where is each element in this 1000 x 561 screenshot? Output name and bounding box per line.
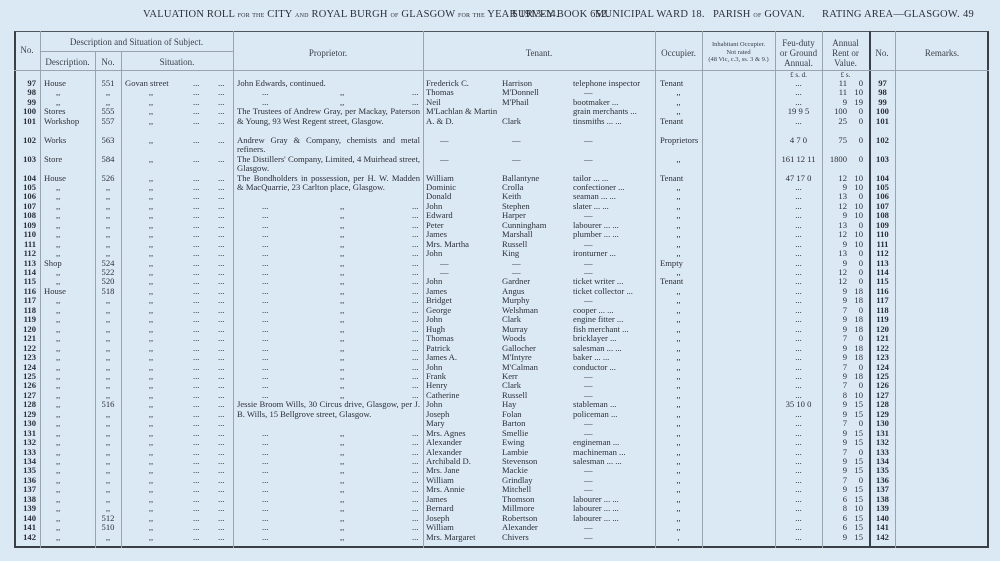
row-proprietor-ditto: ... bbox=[262, 533, 268, 542]
parish: PARISH of GOVAN. bbox=[713, 9, 805, 20]
row-feu-duty: 4 7 0 bbox=[775, 136, 822, 145]
row-situation-dots: ... bbox=[218, 136, 224, 145]
row-rent-shillings: 0 bbox=[847, 155, 863, 164]
row-number: 102 bbox=[14, 136, 36, 145]
row-occupier: ,, bbox=[655, 155, 702, 164]
row-tenant-first: Mrs. Margaret bbox=[426, 533, 475, 542]
header-subrule bbox=[40, 51, 233, 52]
title-roll: VALUATION ROLL bbox=[143, 9, 235, 20]
row-description: House bbox=[44, 287, 66, 296]
proprietor-entry: The Distillers' Company, Limited, 4 Muir… bbox=[237, 155, 420, 174]
title-conj: of bbox=[391, 9, 399, 19]
row-situation-dots: ... bbox=[218, 117, 224, 126]
row-rent-shillings: 0 bbox=[847, 136, 863, 145]
row-occupation: ironturner ... bbox=[573, 249, 616, 258]
row-tenant-last: Clark bbox=[502, 117, 521, 126]
col-header-no: No. bbox=[14, 45, 40, 55]
col-header-situation: Situation. bbox=[121, 57, 233, 67]
col-header-tenant: Tenant. bbox=[423, 48, 655, 58]
row-subject-no: ,, bbox=[95, 533, 121, 542]
row-occupation: plumber ... ... bbox=[573, 230, 619, 239]
row-occupation: conductor ... bbox=[573, 363, 616, 372]
title-burgh: ROYAL BURGH bbox=[311, 9, 387, 20]
row-occupation: tinsmiths ... ... bbox=[573, 117, 622, 126]
col-header-subject-no: No. bbox=[95, 57, 121, 67]
row-rent-pounds: 25 bbox=[822, 117, 847, 126]
title-conj: for the bbox=[458, 9, 485, 19]
row-situation: Govan street bbox=[125, 79, 169, 88]
row-feu-duty: ... bbox=[775, 117, 822, 126]
row-tenant-first: — bbox=[440, 155, 449, 164]
row-situation-dots: ... bbox=[218, 155, 224, 164]
row-rent-shillings: 15 bbox=[847, 533, 863, 542]
row-rent-pounds: 9 bbox=[822, 533, 847, 542]
title-glasgow: GLASGOW bbox=[401, 9, 455, 20]
col-header-remarks: Remarks. bbox=[895, 48, 989, 58]
col-divider bbox=[702, 31, 703, 548]
row-situation: ,, bbox=[121, 533, 181, 542]
row-subject-no: 557 bbox=[95, 117, 121, 126]
row-situation: ,, bbox=[121, 155, 181, 164]
row-number: 142 bbox=[14, 533, 36, 542]
row-tenant-last: Chivers bbox=[502, 533, 529, 542]
row-description: Store bbox=[44, 155, 62, 164]
title-conj: and bbox=[295, 9, 309, 19]
col-header-occupier: Occupier. bbox=[655, 48, 702, 58]
row-tenant-last: — bbox=[512, 136, 521, 145]
row-occupier: , bbox=[655, 533, 702, 542]
row-occupation: salesman ... ... bbox=[573, 457, 622, 466]
row-number-right: 142 bbox=[870, 533, 895, 542]
row-tenant-last: M'Phail bbox=[502, 98, 529, 107]
rating-area: RATING AREA—GLASGOW. bbox=[822, 9, 960, 20]
title-city: CITY bbox=[267, 9, 292, 20]
col-divider bbox=[233, 31, 234, 548]
row-proprietor-ditto: ,, bbox=[340, 533, 344, 542]
col-header-description: Description. bbox=[40, 57, 95, 67]
proprietor-entry: John Edwards, continued. bbox=[237, 79, 420, 88]
row-number: 103 bbox=[14, 155, 36, 164]
proprietor-entry: The Trustees of Andrew Gray, per Mackay,… bbox=[237, 107, 420, 126]
row-rent-pounds: 75 bbox=[822, 136, 847, 145]
row-situation-dots: ... bbox=[218, 533, 224, 542]
col-header-no-right: No. bbox=[869, 48, 895, 58]
row-description: House bbox=[44, 79, 66, 88]
row-number: 101 bbox=[14, 117, 36, 126]
row-occupation: labourer ... ... bbox=[573, 514, 619, 523]
row-occupation: ticket collector ... bbox=[573, 287, 633, 296]
row-feu-duty: 161 12 11 bbox=[775, 155, 822, 164]
title-conj: for the bbox=[238, 9, 265, 19]
row-number-right: 101 bbox=[870, 117, 895, 126]
col-divider bbox=[40, 31, 41, 548]
row-situation-dots: ... bbox=[193, 533, 199, 542]
row-occupier: Proprietors bbox=[660, 136, 698, 145]
col-header-feu-duty: Feu-duty or Ground Annual. bbox=[775, 38, 822, 68]
row-description: House bbox=[44, 174, 66, 183]
proprietor-entry: Jessie Broom Wills, 30 Circus drive, Gla… bbox=[237, 400, 420, 419]
row-situation: ,, bbox=[121, 136, 181, 145]
row-subject-no: 563 bbox=[95, 136, 121, 145]
col-header-desc-group: Description and Situation of Subject. bbox=[40, 37, 233, 47]
row-tenant-first: A. & D. bbox=[426, 117, 454, 126]
row-description: Workshop bbox=[44, 117, 79, 126]
row-situation-dots: ... bbox=[193, 117, 199, 126]
col-divider bbox=[423, 31, 424, 548]
proprietor-entry: The Bondholders in possession, per H. W.… bbox=[237, 174, 420, 193]
row-rent-pounds: 1800 bbox=[822, 155, 847, 164]
row-number-right: 103 bbox=[870, 155, 895, 164]
row-description: Works bbox=[44, 136, 66, 145]
page-title: VALUATION ROLL for the CITY and ROYAL BU… bbox=[0, 9, 1000, 25]
row-situation-dots: ... bbox=[193, 136, 199, 145]
col-divider bbox=[895, 31, 896, 548]
municipal-ward: MUNICIPAL WARD 18. bbox=[595, 9, 705, 20]
col-header-annual-rent: Annual Rent or Value. bbox=[822, 38, 869, 68]
row-situation-dots: ... bbox=[193, 155, 199, 164]
row-occupation: — bbox=[584, 136, 593, 145]
row-feu-duty: ... bbox=[775, 533, 822, 542]
col-header-inhabitant: Inhabitant Occupier. Not rated (48 Vic, … bbox=[702, 41, 775, 64]
row-description: ,, bbox=[56, 533, 60, 542]
row-occupation: — bbox=[584, 533, 593, 542]
row-number-right: 102 bbox=[870, 136, 895, 145]
page-number: 49 bbox=[963, 9, 974, 20]
row-occupier: Tenant bbox=[660, 117, 683, 126]
row-tenant-first: — bbox=[440, 136, 449, 145]
row-occupation: — bbox=[584, 155, 593, 164]
row-tenant-last: — bbox=[512, 155, 521, 164]
row-subject-no: 584 bbox=[95, 155, 121, 164]
col-header-proprietor: Proprietor. bbox=[233, 48, 423, 58]
row-proprietor-ditto: ... bbox=[412, 533, 418, 542]
row-occupation: policeman ... bbox=[573, 410, 617, 419]
row-situation: ,, bbox=[121, 117, 181, 126]
row-rent-shillings: 0 bbox=[847, 117, 863, 126]
proprietor-entry: Andrew Gray & Company, chemists and meta… bbox=[237, 136, 420, 155]
